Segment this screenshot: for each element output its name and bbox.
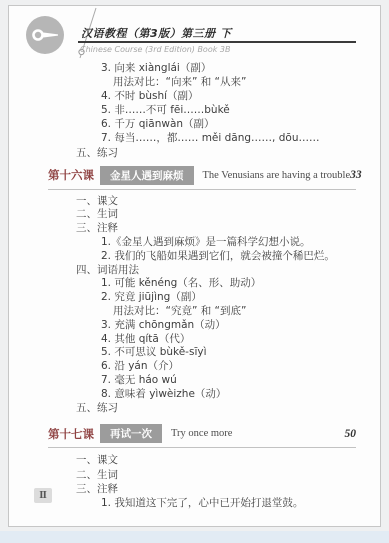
- lesson-title-en: Try once more: [171, 428, 345, 439]
- toc-line: 1. 可能 kěnéng（名、形、助动）: [9, 277, 380, 291]
- toc-line: 1. 我知道这下完了，心中已开始打退堂鼓。: [9, 496, 380, 510]
- toc-line: 7. 毫无 háo wú: [9, 374, 380, 388]
- toc-line: 三、注释: [9, 482, 380, 496]
- publisher-logo-icon: [25, 15, 65, 55]
- book-title-en: Chinese Course (3rd Edition) Book 3B: [80, 45, 230, 54]
- toc-line: 4. 其他 qítā（代）: [9, 333, 380, 347]
- toc-line: 1.《金星人遇到麻烦》是一篇科学幻想小说。: [9, 236, 380, 250]
- toc-line: 6. 沿 yán（介）: [9, 360, 380, 374]
- toc-line: 用法对比：“究竟” 和 “到底”: [9, 305, 380, 319]
- toc-line: 用法对比：“向来” 和 “从来”: [9, 75, 380, 89]
- scanned-page: 汉语教程（第3版）第三册 下 Chinese Course (3rd Editi…: [8, 5, 381, 527]
- scan-bottom-strip: [0, 531, 389, 543]
- toc-line: 五、练习: [9, 402, 380, 416]
- toc-line: 一、课文: [9, 195, 380, 209]
- lesson-title-en: The Venusians are having a trouble: [203, 170, 351, 181]
- toc-line: 8. 意味着 yìwèizhe（动）: [9, 388, 380, 402]
- toc-line: 一、课文: [9, 453, 380, 467]
- lesson-17-header: 第十七课 再试一次 Try once more 50: [48, 424, 356, 448]
- lesson-16-header: 第十六课 金星人遇到麻烦 The Venusians are having a …: [48, 166, 356, 190]
- header-rule: [78, 41, 356, 43]
- toc-line: 3. 充满 chōngmǎn（动）: [9, 319, 380, 333]
- toc-line: 二、生词: [9, 468, 380, 482]
- lesson-page-number: 33: [350, 169, 362, 181]
- toc-line: 4. 不时 bùshí（副）: [9, 89, 380, 103]
- toc-line: 7. 每当……，都…… měi dāng……, dōu……: [9, 131, 380, 145]
- toc-line: 5. 非……不可 fēi……bùkě: [9, 103, 380, 117]
- toc-line: 四、词语用法: [9, 264, 380, 278]
- lesson-title-zh-badge: 金星人遇到麻烦: [100, 166, 194, 185]
- folio-page-number: Ⅱ: [34, 488, 52, 503]
- table-of-contents: 3. 向来 xiànglái（副） 用法对比：“向来” 和 “从来” 4. 不时…: [9, 61, 380, 510]
- lesson-17-contents: 一、课文 二、生词 三、注释 1. 我知道这下完了，心中已开始打退堂鼓。: [9, 453, 380, 509]
- toc-line: 五、练习: [9, 146, 380, 160]
- lesson-number-label: 第十七课: [48, 426, 94, 442]
- book-title-zh: 汉语教程（第3版）第三册 下: [81, 25, 231, 41]
- lesson-page-number: 50: [345, 428, 357, 440]
- lesson-16-contents: 一、课文 二、生词 三、注释 1.《金星人遇到麻烦》是一篇科学幻想小说。 2. …: [9, 195, 380, 416]
- lesson-number-label: 第十六课: [48, 167, 94, 183]
- toc-line: 2. 究竟 jiūjìng（副）: [9, 291, 380, 305]
- toc-line: 5. 不可思议 bùkě-sīyì: [9, 346, 380, 360]
- toc-line: 6. 千万 qiānwàn（副）: [9, 117, 380, 131]
- toc-line: 三、注释: [9, 222, 380, 236]
- lesson-title-zh-badge: 再试一次: [100, 424, 162, 443]
- toc-line: 二、生词: [9, 208, 380, 222]
- toc-line: 2. 我们的飞船如果遇到它们，就会被撞个稀巴烂。: [9, 250, 380, 264]
- toc-line: 3. 向来 xiànglái（副）: [9, 61, 380, 75]
